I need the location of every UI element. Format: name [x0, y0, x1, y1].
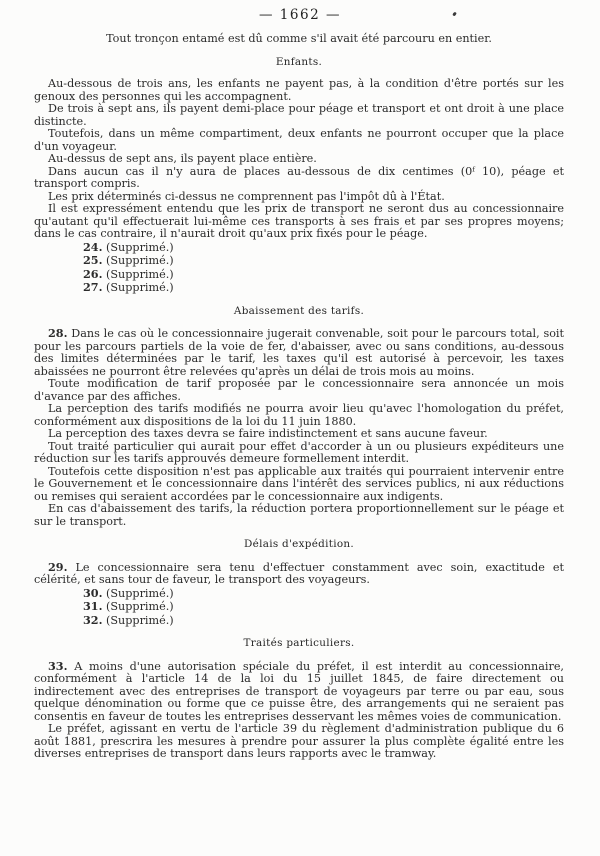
article-text: (Supprimé.)	[106, 614, 174, 627]
paragraph: De trois à sept ans, ils payent demi-pla…	[34, 103, 564, 128]
paragraph: Tout tronçon entamé est dû comme s'il av…	[34, 33, 564, 46]
article-text: (Supprimé.)	[106, 241, 174, 254]
suppressed-article: 25. (Supprimé.)	[34, 254, 564, 268]
paragraph: Au-dessous de trois ans, les enfants ne …	[34, 78, 564, 103]
article-text: (Supprimé.)	[106, 600, 174, 613]
paragraph: Le préfet, agissant en vertu de l'articl…	[34, 723, 564, 761]
article-text: Dans le cas où le concessionnaire jugera…	[34, 327, 564, 378]
paragraph: Dans aucun cas il n'y aura de places au-…	[34, 166, 564, 191]
article-text: A moins d'une autorisation spéciale du p…	[34, 660, 564, 723]
page-number: — 1662 —	[0, 7, 600, 23]
article-paragraph: 33. A moins d'une autorisation spéciale …	[34, 660, 564, 724]
article-number: 28.	[48, 326, 67, 340]
article-number: 32.	[83, 613, 102, 627]
paragraph: Toutefois, dans un même compartiment, de…	[34, 128, 564, 153]
article-paragraph: 29. Le concessionnaire sera tenu d'effec…	[34, 561, 564, 587]
article-text: (Supprimé.)	[106, 254, 174, 267]
article-number: 25.	[83, 253, 102, 267]
article-number: 31.	[83, 599, 102, 613]
article-number: 24.	[83, 240, 102, 254]
paragraph: Tout traité particulier qui aurait pour …	[34, 441, 564, 466]
suppressed-article: 24. (Supprimé.)	[34, 241, 564, 255]
section-heading: Abaissement des tarifs.	[34, 305, 564, 318]
section-heading: Enfants.	[34, 56, 564, 69]
suppressed-article: 30. (Supprimé.)	[34, 587, 564, 601]
document-page: — 1662 — Tout tronçon entamé est dû comm…	[0, 0, 600, 856]
article-text: (Supprimé.)	[106, 587, 174, 600]
section-heading: Délais d'expédition.	[34, 538, 564, 551]
article-text: (Supprimé.)	[106, 281, 174, 294]
suppressed-article: 27. (Supprimé.)	[34, 281, 564, 295]
article-number: 33.	[48, 659, 67, 673]
suppressed-article: 31. (Supprimé.)	[34, 600, 564, 614]
article-text: Le concessionnaire sera tenu d'effectuer…	[34, 561, 564, 587]
article-number: 30.	[83, 586, 102, 600]
suppressed-article: 26. (Supprimé.)	[34, 268, 564, 282]
paragraph: Au-dessus de sept ans, ils payent place …	[34, 153, 564, 166]
paragraph: Il est expressément entendu que les prix…	[34, 203, 564, 241]
paragraph: La perception des taxes devra se faire i…	[34, 428, 564, 441]
article-paragraph: 28. Dans le cas où le concessionnaire ju…	[34, 327, 564, 378]
article-number: 29.	[48, 560, 67, 574]
article-text: (Supprimé.)	[106, 268, 174, 281]
paragraph: En cas d'abaissement des tarifs, la rédu…	[34, 503, 564, 528]
section-heading: Traités particuliers.	[34, 637, 564, 650]
paragraph: Toute modification de tarif proposée par…	[34, 378, 564, 403]
paragraph: La perception des tarifs modifiés ne pou…	[34, 403, 564, 428]
suppressed-article: 32. (Supprimé.)	[34, 614, 564, 628]
article-number: 26.	[83, 267, 102, 281]
article-number: 27.	[83, 280, 102, 294]
paragraph: Toutefois cette disposition n'est pas ap…	[34, 466, 564, 504]
page-body: Tout tronçon entamé est dû comme s'il av…	[34, 33, 564, 761]
